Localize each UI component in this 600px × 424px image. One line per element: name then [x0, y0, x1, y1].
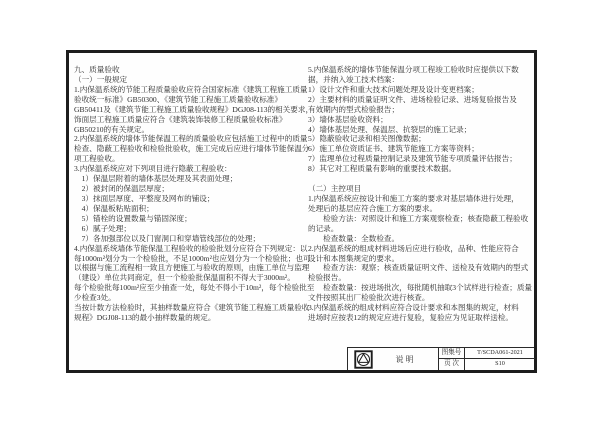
page-number-label: 页 次 [439, 359, 465, 370]
text-line: （建设）单位共同商定，但一个检验批保温面积不得大于3000m²。 [74, 273, 308, 283]
text-line: 5.内保温系统的墙体节能保温分项工程竣工验收时应提供以下数 [308, 65, 532, 75]
text-line: 5）隐蔽验收记录和相关图像数据； [308, 134, 532, 144]
text-line: 3.内保温系统应对下列项目进行隐蔽工程验收： [74, 164, 308, 174]
page-number-value: S10 [465, 359, 535, 370]
text-line: 以根据与施工流程相一致且方便施工与验收的原则，由施工单位与监理 [74, 263, 308, 273]
text-line: 2）被封闭的保温层厚度； [74, 184, 308, 194]
text-line: 1）设计文件和重大技术问题处理及设计变更档案； [308, 85, 532, 95]
text-line: 检查数量：全数检查。 [308, 234, 532, 244]
text-line: 7）监理单位过程质量控制记录及建筑节能专项质量评估报告； [308, 154, 532, 164]
text-line: 6）腻子处理； [74, 224, 308, 234]
text-line: 少检查3处。 [74, 293, 308, 303]
text-line: 有效期内的型式检验报告； [308, 105, 532, 115]
text-line: GB50411及《建筑节能工程施工质量验收规程》DGJ08-113的相关要求， [74, 105, 308, 115]
text-line: 文件按照其出厂检验批次进行核查。 [308, 293, 532, 303]
text-line: 4.内保温系统墙体节能保温工程验收的检验批划分应符合下列规定：以 [74, 244, 308, 254]
text-line: （二）主控项目 [308, 184, 532, 194]
text-column-right: 5.内保温系统的墙体节能保温分项工程竣工验收时应提供以下数据，并纳入竣工技术档案… [308, 65, 532, 323]
standards-association-logo-icon [354, 350, 373, 369]
text-line: （一）一般规定 [74, 75, 308, 85]
text-line: 进场时应按表12的规定应进行复验，复验应为见证取样送检。 [308, 313, 532, 323]
text-line: 1.内保温系统的节能工程质量验收应符合国家标准《建筑工程施工质量 [74, 85, 308, 95]
text-line: 7）各加强部位以及门窗洞口和穿墙管线部位的处理； [74, 234, 308, 244]
text-line: 规程》DGJ08-113的最小抽样数量的规定。 [74, 313, 308, 323]
text-column-left: 九、质量验收（一）一般规定1.内保温系统的节能工程质量验收应符合国家标准《建筑工… [74, 65, 308, 323]
atlas-number-value: T/SCDA061-2021 [465, 348, 535, 359]
text-line: 2.内保温系统的墙体节能保温工程的质量验收应包括施工过程中的质量 [74, 134, 308, 144]
drawing-sheet: 九、质量验收（一）一般规定1.内保温系统的节能工程质量验收应符合国家标准《建筑工… [0, 0, 600, 424]
title-block-info-grid: 图集号 T/SCDA061-2021 页 次 S10 [438, 348, 534, 370]
text-line: 检查、隐蔽工程验收和检验批验收，施工完成后应进行墙体节能保温分 [74, 144, 308, 154]
text-line: 2）主要材料的质量证明文件、进场检验记录、进场复验报告及 [308, 95, 532, 105]
text-line: 设计和本图集规定的要求。 [308, 254, 532, 264]
text-line: 验收统一标准》GB50300、《建筑节能工程施工质量验收标准》 [74, 95, 308, 105]
text-line: 处理后的基层应符合施工方案的要求。 [308, 204, 532, 214]
text-line: 4）墙体基层处理、保温层、抗裂层的施工记录； [308, 125, 532, 135]
text-line: 当按计数方法检验时，其抽样数量应符合《建筑节能工程施工质量验收 [74, 303, 308, 313]
text-line: 的记录。 [308, 224, 532, 234]
text-line: 检验报告。 [308, 273, 532, 283]
sheet-border-frame: 九、质量验收（一）一般规定1.内保温系统的节能工程质量验收应符合国家标准《建筑工… [66, 50, 537, 373]
text-line: 4）保温板粘贴面积； [74, 204, 308, 214]
text-line: 3.内保温系统的组成材料应符合设计要求和本图集的规定，材料 [308, 303, 532, 313]
text-line: 检查方法：观察；核查质量证明文件、送检及有效期内的型式 [308, 263, 532, 273]
text-line: 检验方法：对照设计和施工方案观察检查；核查隐蔽工程验收 [308, 214, 532, 224]
text-line: 每个检验批每100m²应至少抽查一处，每处不得小于10m²，每个检验批至 [74, 283, 308, 293]
text-line [308, 174, 532, 184]
text-line: 每1000m²划分为一个检验批，不足1000m²也应划分为一个检验批；也可 [74, 254, 308, 264]
title-block: 说明 图集号 T/SCDA061-2021 页 次 S10 [347, 347, 534, 370]
text-line: GB50210的有关规定。 [74, 125, 308, 135]
text-line: 8）其它对工程质量有影响的重要技术数据。 [308, 164, 532, 174]
text-line: 检查数量：按进场批次，每批随机抽取3个试样进行检查；质量 [308, 283, 532, 293]
text-line: 3）抹面层厚度、平整度及网布的铺设； [74, 194, 308, 204]
text-line: 5）锚栓的设置数量与锚固深度； [74, 214, 308, 224]
text-line: 1）保温层附着的墙体基层处理及其表面处理； [74, 174, 308, 184]
sheet-title: 说明 [373, 354, 438, 365]
text-line: 3）墙体基层验收资料； [308, 115, 532, 125]
atlas-number-label: 图集号 [439, 348, 465, 359]
title-block-left-cell: 说明 [348, 348, 438, 370]
text-line: 1.内保温系统应按设计和施工方案的要求对基层墙体进行处理， [308, 194, 532, 204]
text-line: 项工程验收。 [74, 154, 308, 164]
text-line: 据，并纳入竣工技术档案： [308, 75, 532, 85]
text-line: 6）施工单位资质证书、建筑节能施工方案等资料； [308, 144, 532, 154]
text-line: 2.内保温系统的组成材料进场后应进行验收，品种、性能应符合 [308, 244, 532, 254]
text-line: 九、质量验收 [74, 65, 308, 75]
text-line: 饰面层工程施工质量应符合《建筑装饰装修工程质量验收标准》 [74, 115, 308, 125]
